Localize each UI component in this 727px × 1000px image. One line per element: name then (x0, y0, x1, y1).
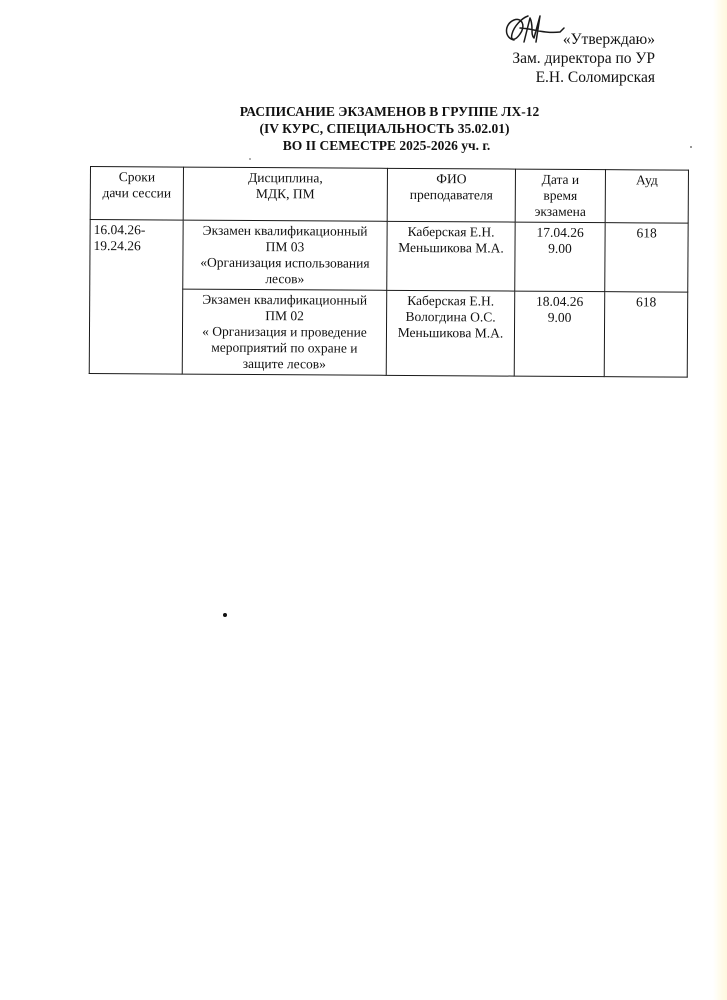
scan-speck (249, 158, 251, 160)
date-time-cell: 18.04.26 9.00 (514, 291, 605, 377)
scan-speck (223, 613, 227, 617)
header-teacher: ФИО преподавателя (387, 168, 515, 222)
date-time-cell: 17.04.26 9.00 (515, 222, 605, 292)
header-session-period: Сроки дачи сессии (90, 167, 183, 221)
title-line-3: ВО II СЕМЕСТРЕ 2025-2026 уч. г. (0, 137, 727, 154)
session-period-cell: 16.04.26- 19.24.26 (89, 220, 183, 375)
scan-speck (690, 146, 692, 148)
table-header-row: Сроки дачи сессии Дисциплина, МДК, ПМ ФИ… (90, 167, 688, 224)
document-title: РАСПИСАНИЕ ЭКЗАМЕНОВ В ГРУППЕ ЛХ-12 (IV … (0, 103, 727, 154)
exam-schedule-table: Сроки дачи сессии Дисциплина, МДК, ПМ ФИ… (89, 166, 689, 378)
header-discipline: Дисциплина, МДК, ПМ (183, 167, 387, 221)
table-row: 16.04.26- 19.24.26 Экзамен квалификацион… (90, 220, 688, 293)
header-date-time: Дата и время экзамена (515, 169, 605, 223)
teacher-cell: Каберская Е.Н. Вологдина О.С. Меньшикова… (386, 290, 515, 376)
approval-label: «Утверждаю» (512, 30, 655, 49)
room-cell: 618 (605, 223, 688, 293)
title-line-1: РАСПИСАНИЕ ЭКЗАМЕНОВ В ГРУППЕ ЛХ-12 (0, 103, 727, 120)
title-line-2: (IV КУРС, СПЕЦИАЛЬНОСТЬ 35.02.01) (0, 120, 727, 137)
approval-position: Зам. директора по УР (512, 49, 655, 68)
approval-name: Е.Н. Соломирская (512, 68, 655, 87)
discipline-cell: Экзамен квалификационный ПМ 02 « Организ… (182, 289, 387, 375)
header-room: Ауд (605, 170, 688, 224)
room-cell: 618 (604, 292, 688, 378)
approval-stamp: «Утверждаю» Зам. директора по УР Е.Н. Со… (512, 30, 655, 87)
teacher-cell: Каберская Е.Н. Меньшикова М.А. (387, 221, 515, 291)
discipline-cell: Экзамен квалификационный ПМ 03 «Организа… (183, 220, 387, 290)
